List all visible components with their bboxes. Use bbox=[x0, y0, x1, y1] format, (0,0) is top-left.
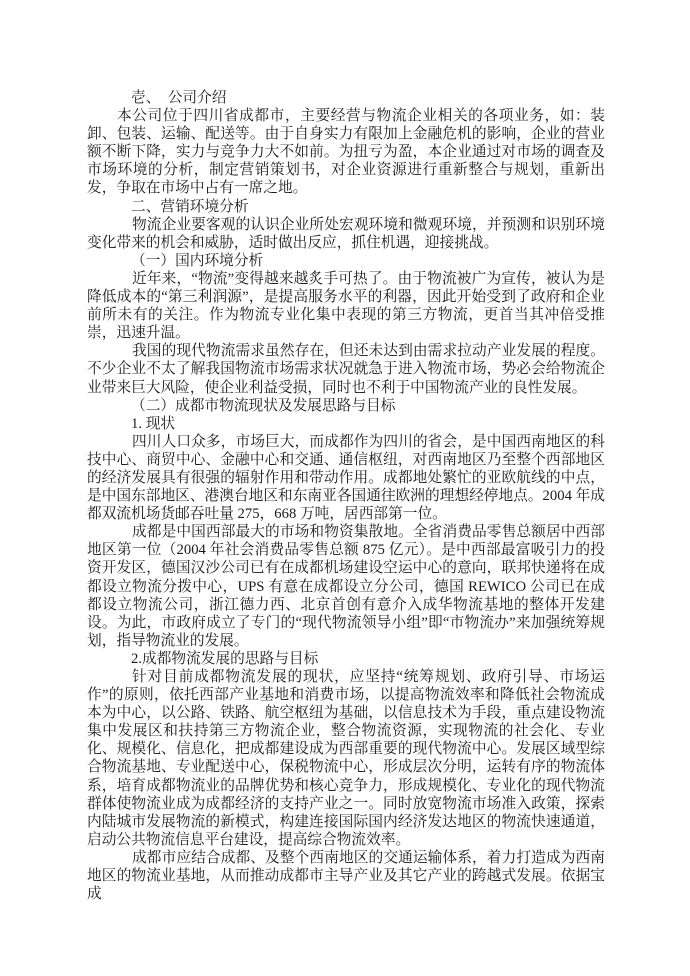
paragraph-southwest-base: 成都市应结合成都、及整个西南地区的交通运输体系，着力打造成为西南地区的物流业基地… bbox=[87, 849, 605, 903]
paragraph-logistics-demand: 我国的现代物流需求虽然存在，但还未达到由需求拉动产业发展的程度。不少企业不太了解… bbox=[87, 342, 605, 396]
heading-development-goals: 2.成都物流发展的思路与目标 bbox=[87, 650, 605, 668]
paragraph-sichuan-overview: 四川人口众多，市场巨大，而成都作为四川的省会，是中国西南地区的科技中心、商贸中心… bbox=[87, 433, 605, 523]
heading-chengdu-logistics-status: （二）成都市物流现状及发展思路与目标 bbox=[87, 397, 605, 415]
heading-marketing-env-analysis: 二、营销环境分析 bbox=[87, 198, 605, 216]
paragraph-env-awareness: 物流企业要客观的认识企业所处宏观环境和微观环境，并预测和识别环境变化带来的机会和… bbox=[87, 216, 605, 252]
paragraph-chengdu-market: 成都是中国西部最大的市场和物资集散地。全省消费品零售总额居中西部地区第一位（20… bbox=[87, 523, 605, 650]
paragraph-development-plan: 针对目前成都物流发展的现状，应坚持“统筹规划、政府引导、市场运作”的原则，依托西… bbox=[87, 668, 605, 849]
paragraph-logistics-trend: 近年来，“物流”变得越来越炙手可热了。由于物流被广为宣传，被认为是降低成本的“第… bbox=[87, 270, 605, 342]
document-page: 壱、 公司介绍 本公司位于四川省成都市，主要经营与物流企业相关的各项业务，如：装… bbox=[87, 89, 605, 903]
heading-current-status: 1. 现状 bbox=[87, 415, 605, 433]
heading-company-intro: 壱、 公司介绍 bbox=[87, 89, 605, 107]
heading-domestic-env-analysis: （一）国内环境分析 bbox=[87, 252, 605, 270]
paragraph-company-intro: 本公司位于四川省成都市，主要经营与物流企业相关的各项业务，如：装卸、包装、运输、… bbox=[87, 107, 605, 197]
